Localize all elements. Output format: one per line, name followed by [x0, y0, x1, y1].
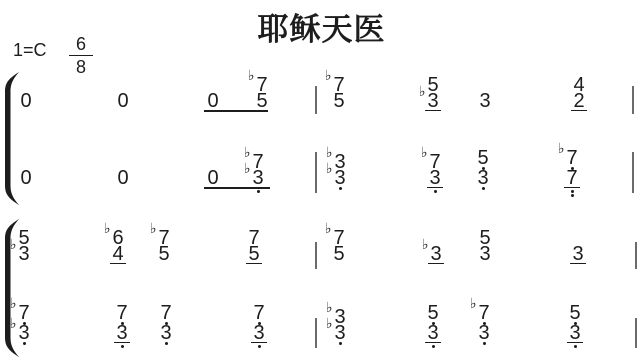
note-digit: 7 — [253, 305, 265, 321]
flat-sign-icon: ♭ — [325, 69, 332, 83]
low-octave-dot — [434, 190, 437, 193]
note-digit: 3 — [429, 170, 441, 186]
low-octave-dot — [257, 190, 260, 193]
note-digit: 0 — [20, 170, 32, 186]
eighth-note-underline — [570, 263, 586, 265]
eighth-note-underline — [251, 342, 267, 344]
note-digit: 3 — [477, 170, 489, 186]
low-octave-dot — [432, 345, 435, 348]
low-octave-dot — [121, 345, 124, 348]
low-octave-dot — [339, 342, 342, 345]
beam-underline — [204, 187, 270, 189]
flat-sign-icon: ♭ — [419, 85, 426, 99]
eighth-note-underline — [110, 263, 126, 265]
flat-sign-icon: ♭ — [470, 297, 477, 311]
flat-sign-icon: ♭ — [326, 317, 333, 331]
note-digit: 4 — [112, 246, 124, 262]
note-digit: 5 — [333, 246, 345, 262]
low-octave-dot — [165, 342, 168, 345]
eighth-note-underline — [114, 342, 130, 344]
note-digit: 5 — [158, 246, 170, 262]
note-digit: 3♭ — [18, 325, 30, 341]
note-digit: 3♭ — [18, 246, 30, 262]
barline — [635, 318, 637, 348]
note-digit: 5 — [256, 93, 268, 109]
note-digit: 5 — [427, 305, 439, 321]
note-digit: 3 — [478, 325, 490, 341]
note-digit: 7 — [160, 305, 172, 321]
flat-sign-icon: ♭ — [421, 146, 428, 160]
note-digit: 3 — [160, 325, 172, 341]
note-digit: 0 — [117, 93, 129, 109]
note-digit: 0 — [117, 170, 129, 186]
eighth-note-underline — [427, 187, 443, 189]
note-digit: 3♭ — [334, 325, 346, 341]
note-digit: 3 — [479, 246, 491, 262]
flat-sign-icon: ♭ — [244, 162, 251, 176]
note-digit: 7♭ — [18, 305, 30, 321]
note-digit: 7♭ — [566, 150, 578, 166]
eighth-note-underline — [246, 263, 262, 265]
low-octave-dot — [571, 190, 574, 193]
note-digit: 3 — [116, 325, 128, 341]
barline — [315, 86, 317, 114]
note-digit: 3 — [572, 246, 584, 262]
barline — [632, 86, 634, 114]
flat-sign-icon: ♭ — [325, 222, 332, 236]
barline — [635, 242, 637, 269]
note-digit: 7 — [116, 305, 128, 321]
music-layer: 0007♭57♭553♭3420007♭3♭3♭3♭7♭3537♭753♭6♭4… — [0, 0, 643, 364]
beam-underline — [204, 110, 268, 112]
note-digit: 3 — [569, 325, 581, 341]
low-octave-dot — [339, 187, 342, 190]
note-digit: 7 — [566, 170, 578, 186]
note-digit: 0 — [207, 170, 219, 186]
note-digit: 7♭ — [478, 305, 490, 321]
flat-sign-icon: ♭ — [326, 301, 333, 315]
note-digit: 3 — [253, 325, 265, 341]
eighth-note-underline — [425, 342, 441, 344]
low-octave-dot — [574, 345, 577, 348]
note-digit: 3♭ — [252, 170, 264, 186]
note-digit: 3♭ — [334, 170, 346, 186]
flat-sign-icon: ♭ — [326, 162, 333, 176]
barline — [315, 318, 317, 348]
note-digit: 5 — [569, 305, 581, 321]
flat-sign-icon: ♭ — [10, 317, 17, 331]
low-octave-dot — [571, 194, 574, 197]
note-digit: 3♭ — [430, 246, 442, 262]
note-digit: 5 — [248, 246, 260, 262]
note-digit: 2 — [573, 93, 585, 109]
note-digit: 0 — [207, 93, 219, 109]
eighth-note-underline — [428, 263, 444, 265]
note-digit: 3 — [427, 325, 439, 341]
note-digit: 5 — [333, 93, 345, 109]
note-digit: 3♭ — [427, 93, 439, 109]
low-octave-dot — [23, 342, 26, 345]
flat-sign-icon: ♭ — [10, 238, 17, 252]
low-octave-dot — [483, 342, 486, 345]
low-octave-dot — [258, 345, 261, 348]
note-digit: 5 — [477, 150, 489, 166]
flat-sign-icon: ♭ — [558, 142, 565, 156]
flat-sign-icon: ♭ — [326, 146, 333, 160]
eighth-note-underline — [571, 110, 587, 112]
flat-sign-icon: ♭ — [244, 146, 251, 160]
note-digit: 0 — [20, 93, 32, 109]
low-octave-dot — [482, 187, 485, 190]
flat-sign-icon: ♭ — [248, 69, 255, 83]
eighth-note-underline — [564, 187, 580, 189]
barline — [315, 152, 317, 193]
note-digit: 3 — [479, 93, 491, 109]
flat-sign-icon: ♭ — [422, 238, 429, 252]
flat-sign-icon: ♭ — [10, 297, 17, 311]
eighth-note-underline — [425, 110, 441, 112]
eighth-note-underline — [567, 342, 583, 344]
barline — [632, 152, 634, 193]
flat-sign-icon: ♭ — [104, 222, 111, 236]
flat-sign-icon: ♭ — [150, 222, 157, 236]
barline — [315, 242, 317, 269]
score-page: 耶稣天医 1=C 6 8 0007♭57♭553♭3420007♭3♭3♭3♭7… — [0, 0, 643, 364]
